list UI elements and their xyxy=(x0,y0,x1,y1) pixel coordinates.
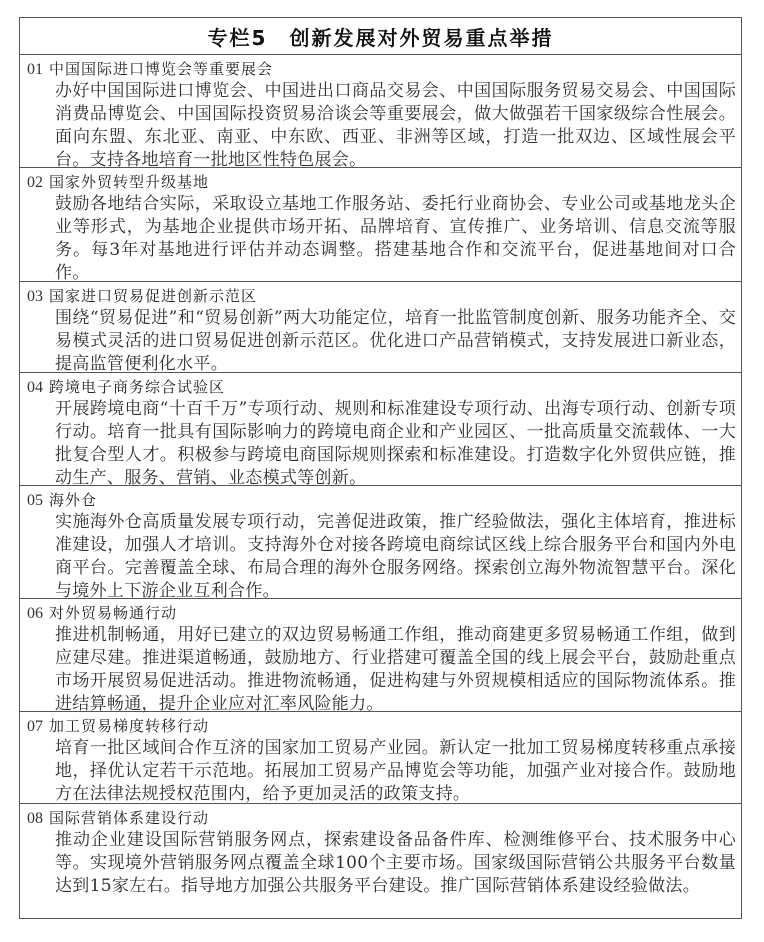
section-number: 08 xyxy=(27,810,43,827)
section-02: 02国家外贸转型升级基地 鼓励各地结合实际，采取设立基地工作服务站、委托行业商协… xyxy=(20,168,741,282)
section-body: 实施海外仓高质量发展专项行动，完善促进政策，推广经验做法，强化主体培育，推进标准… xyxy=(55,511,736,603)
section-title: 02国家外贸转型升级基地 xyxy=(20,170,741,193)
section-body: 培育一批区域间合作互济的国家加工贸易产业园。新认定一批加工贸易梯度转移重点承接地… xyxy=(55,737,736,806)
section-03: 03国家进口贸易促进创新示范区 围绕“贸易促进”和“贸易创新”两大功能定位，培育… xyxy=(20,282,741,373)
section-name: 跨境电子商务综合试验区 xyxy=(49,378,225,396)
section-number: 05 xyxy=(27,492,43,509)
section-number: 01 xyxy=(27,61,43,78)
section-08: 08国际营销体系建设行动 推动企业建设国际营销服务网点，探索建设备品备件库、检测… xyxy=(20,804,741,918)
section-05: 05海外仓 实施海外仓高质量发展专项行动，完善促进政策，推广经验做法，强化主体培… xyxy=(20,486,741,599)
section-name: 加工贸易梯度转移行动 xyxy=(49,717,209,735)
section-name: 中国国际进口博览会等重要展会 xyxy=(49,60,273,78)
section-title: 05海外仓 xyxy=(20,488,741,511)
section-name: 国家外贸转型升级基地 xyxy=(49,173,209,191)
section-title: 01中国国际进口博览会等重要展会 xyxy=(20,57,741,80)
section-body: 开展跨境电商“十百千万”专项行动、规则和标准建设专项行动、出海专项行动、创新专项… xyxy=(55,398,736,490)
section-title: 04跨境电子商务综合试验区 xyxy=(20,375,741,398)
section-number: 06 xyxy=(27,605,43,622)
box-header: 专栏5 创新发展对外贸易重点举措 xyxy=(20,18,741,55)
section-name: 海外仓 xyxy=(49,491,97,509)
section-title: 07加工贸易梯度转移行动 xyxy=(20,714,741,737)
section-07: 07加工贸易梯度转移行动 培育一批区域间合作互济的国家加工贸易产业园。新认定一批… xyxy=(20,712,741,804)
section-body: 围绕“贸易促进”和“贸易创新”两大功能定位，培育一批监管制度创新、服务功能齐全、… xyxy=(55,307,736,376)
section-body: 办好中国国际进口博览会、中国进出口商品交易会、中国国际服务贸易交易会、中国国际消… xyxy=(55,80,736,172)
section-name: 对外贸易畅通行动 xyxy=(49,604,177,622)
section-01: 01中国国际进口博览会等重要展会 办好中国国际进口博览会、中国进出口商品交易会、… xyxy=(20,55,741,168)
section-number: 04 xyxy=(27,379,43,396)
section-body: 推进机制畅通，用好已建立的双边贸易畅通工作组，推动商建更多贸易畅通工作组，做到应… xyxy=(55,624,736,716)
section-06: 06对外贸易畅通行动 推进机制畅通，用好已建立的双边贸易畅通工作组，推动商建更多… xyxy=(20,599,741,712)
section-body: 鼓励各地结合实际，采取设立基地工作服务站、委托行业商协会、专业公司或基地龙头企业… xyxy=(55,193,736,285)
section-title: 08国际营销体系建设行动 xyxy=(20,806,741,829)
section-title: 03国家进口贸易促进创新示范区 xyxy=(20,284,741,307)
section-name: 国家进口贸易促进创新示范区 xyxy=(49,287,257,305)
section-number: 02 xyxy=(27,174,43,191)
section-body: 推动企业建设国际营销服务网点，探索建设备品备件库、检测维修平台、技术服务中心等。… xyxy=(55,829,736,898)
feature-box: 专栏5 创新发展对外贸易重点举措 01中国国际进口博览会等重要展会 办好中国国际… xyxy=(19,17,742,919)
box-title: 创新发展对外贸易重点举措 xyxy=(289,22,553,51)
section-name: 国际营销体系建设行动 xyxy=(49,809,209,827)
box-label: 专栏5 xyxy=(208,22,268,51)
section-title: 06对外贸易畅通行动 xyxy=(20,601,741,624)
section-04: 04跨境电子商务综合试验区 开展跨境电商“十百千万”专项行动、规则和标准建设专项… xyxy=(20,373,741,486)
section-number: 07 xyxy=(27,718,43,735)
section-number: 03 xyxy=(27,288,43,305)
